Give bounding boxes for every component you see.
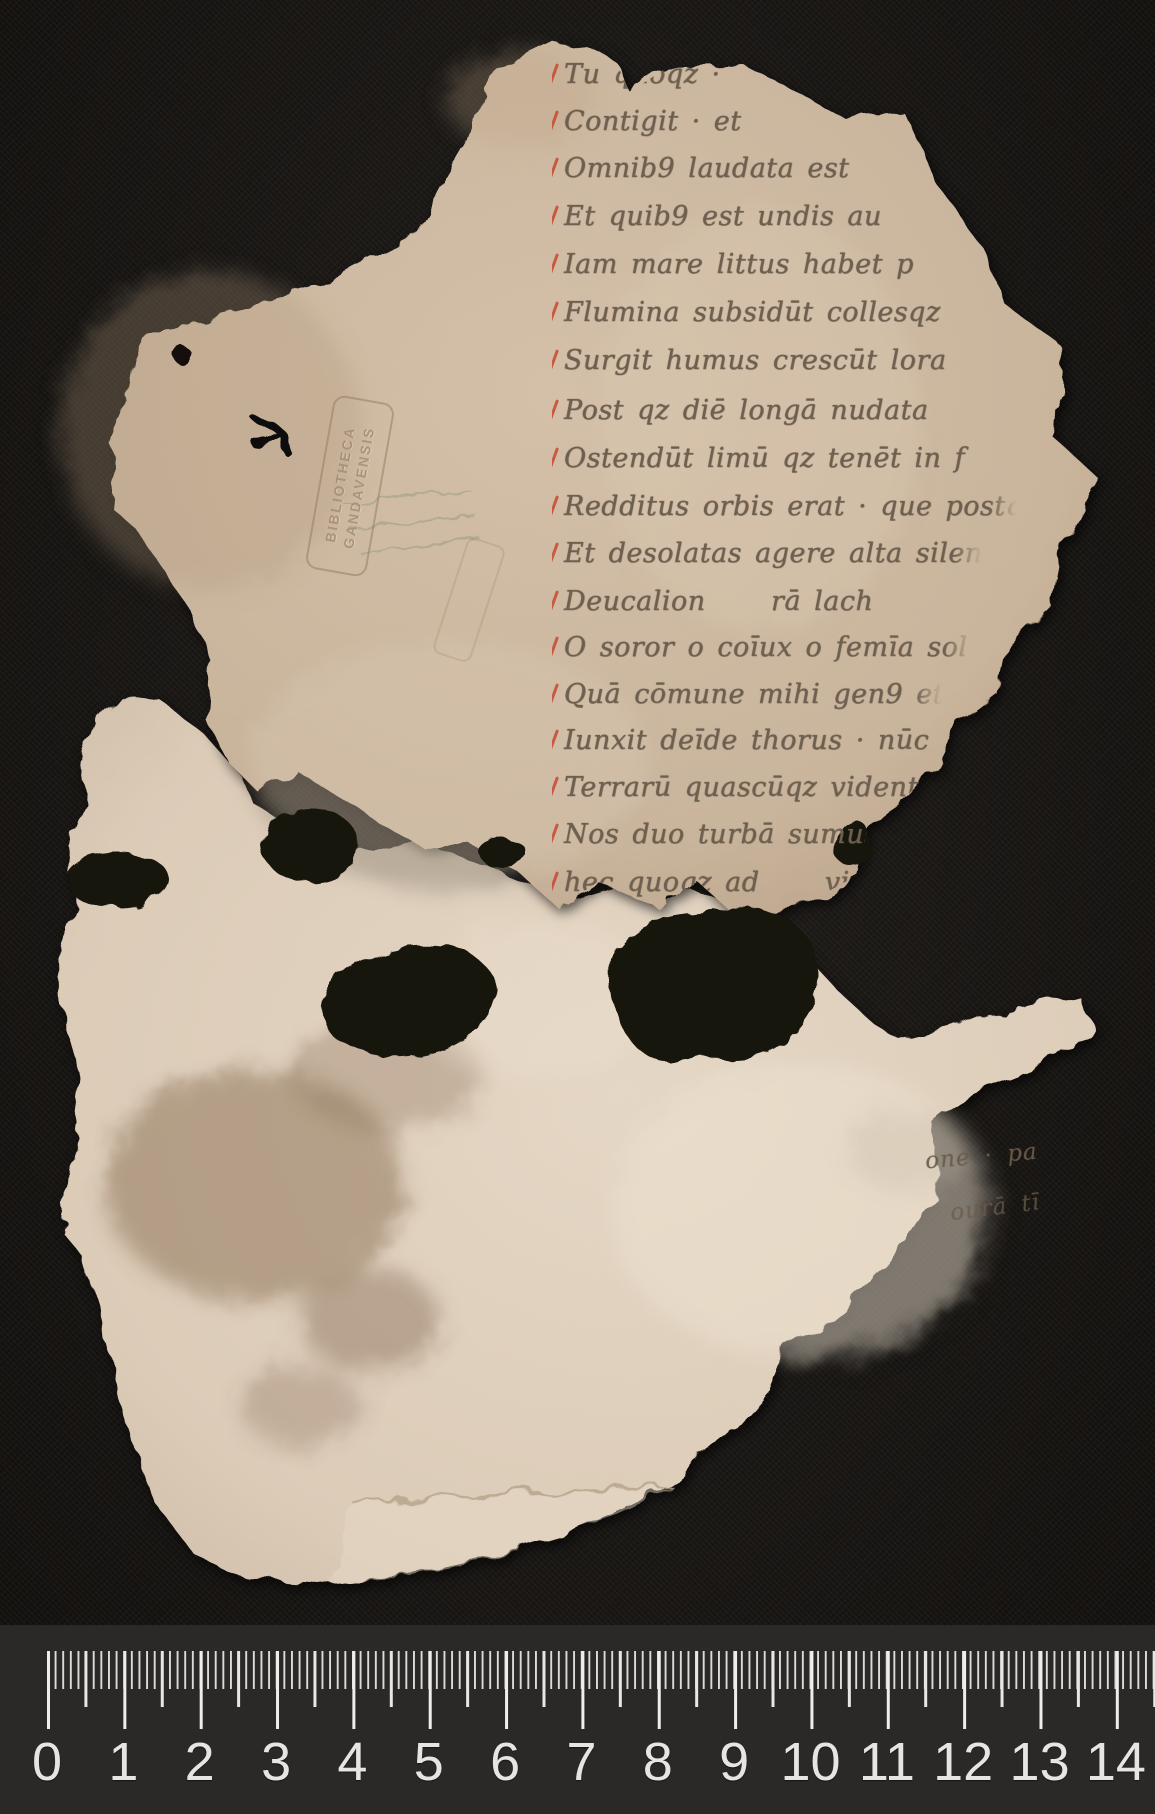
manuscript-line: Surgit humus crescūt lora <box>552 344 1012 384</box>
line-text: Et quib9 est undis au <box>564 201 882 232</box>
rubric-stroke-icon <box>552 301 559 325</box>
ruler-number: 11 <box>859 1735 915 1789</box>
rubric-stroke-icon <box>552 590 559 614</box>
line-text: Omnib9 laudata est <box>564 153 850 184</box>
rubric-stroke-icon <box>552 157 559 181</box>
manuscript-photo-scene: BIBLIOTHECA GANDAVENSIS Tu quoqz · Conti… <box>0 0 1155 1814</box>
rubric-stroke-icon <box>552 871 559 895</box>
manuscript-line: Post qz diē longā nudata <box>552 394 1042 434</box>
line-text: Terrarū quascūqz vident or <box>564 772 962 803</box>
rubric-stroke-icon <box>552 63 559 87</box>
rubric-stroke-icon <box>552 399 559 423</box>
ruler-number: 0 <box>32 1735 62 1789</box>
line-text: Deucalion rā lach <box>564 586 873 617</box>
ruler-number: 1 <box>108 1735 138 1789</box>
line-text: Contigit · et <box>564 106 742 137</box>
manuscript-line: Redditus orbis erat · que postq <box>552 490 1017 530</box>
manuscript-line: Deucalion rā lach <box>552 585 952 625</box>
ruler-number: 13 <box>1010 1735 1070 1789</box>
ruler-number: 5 <box>414 1735 444 1789</box>
ruler-number: 2 <box>185 1735 215 1789</box>
line-text: Post qz diē longā nudata <box>564 395 929 426</box>
stain-bottom-2 <box>240 1365 360 1445</box>
stain-bottom <box>300 1270 440 1370</box>
rubric-stroke-icon <box>552 636 559 660</box>
ruler-number: 9 <box>719 1735 749 1789</box>
line-text: Iam mare littus habet p <box>564 249 914 280</box>
rubric-stroke-icon <box>552 253 559 277</box>
ruler-number: 3 <box>261 1735 291 1789</box>
ruler-number: 14 <box>1086 1735 1146 1789</box>
line-text: Iunxit deīde thorus · nūc <box>564 725 929 756</box>
ruler-number: 10 <box>780 1735 840 1789</box>
line-text: ourā tī <box>949 1189 1042 1226</box>
manuscript-line: Iunxit deīde thorus · nūc <box>552 724 972 764</box>
manuscript-line: Et quib9 est undis au <box>552 200 967 240</box>
manuscript-line: Omnib9 laudata est <box>552 152 912 192</box>
manuscript-line: Ostendūt limū qz tenēt in f <box>552 442 1067 482</box>
line-text: Redditus orbis erat · que postq <box>564 491 1017 522</box>
manuscript-line: Et desolatas agere alta silen <box>552 537 982 577</box>
line-text: O soror o coīux o femīa sol <box>564 632 968 663</box>
ruler-number: 4 <box>337 1735 367 1789</box>
manuscript-line: ¶Iam mare littus habet p <box>552 248 972 288</box>
line-text: Ostendūt limū qz tenēt in f <box>564 443 965 474</box>
line-text: Et desolatas agere alta silen <box>564 538 982 569</box>
rubric-stroke-icon <box>552 205 559 229</box>
ruler-number: 7 <box>566 1735 596 1789</box>
manuscript-line: Contigit · et <box>552 105 817 145</box>
ruler-number: 12 <box>933 1735 993 1789</box>
rubric-stroke-icon <box>552 683 559 707</box>
rubric-stroke-icon <box>552 729 559 753</box>
rubric-stroke-icon <box>552 542 559 566</box>
rubric-stroke-icon <box>552 495 559 519</box>
line-text: Flumina subsidūt collesqz <box>564 297 941 328</box>
manuscript-line: Flumina subsidūt collesqz <box>552 296 997 336</box>
ruler-tick-marks <box>47 1651 1155 1729</box>
line-text: Surgit humus crescūt lora <box>564 345 947 376</box>
rubric-stroke-icon <box>552 776 559 800</box>
ruler-number: 8 <box>643 1735 673 1789</box>
manuscript-line: O soror o coīux o femīa sol <box>552 631 972 671</box>
rubric-stroke-icon <box>552 110 559 134</box>
ruler-number: 6 <box>490 1735 520 1789</box>
rubric-stroke-icon <box>552 447 559 471</box>
rubric-stroke-icon <box>552 349 559 373</box>
line-text: Quā cōmune mihi gen9 et <box>564 679 942 710</box>
manuscript-line: Quā cōmune mihi gen9 et <box>552 678 942 718</box>
rubric-stroke-icon <box>552 823 559 847</box>
